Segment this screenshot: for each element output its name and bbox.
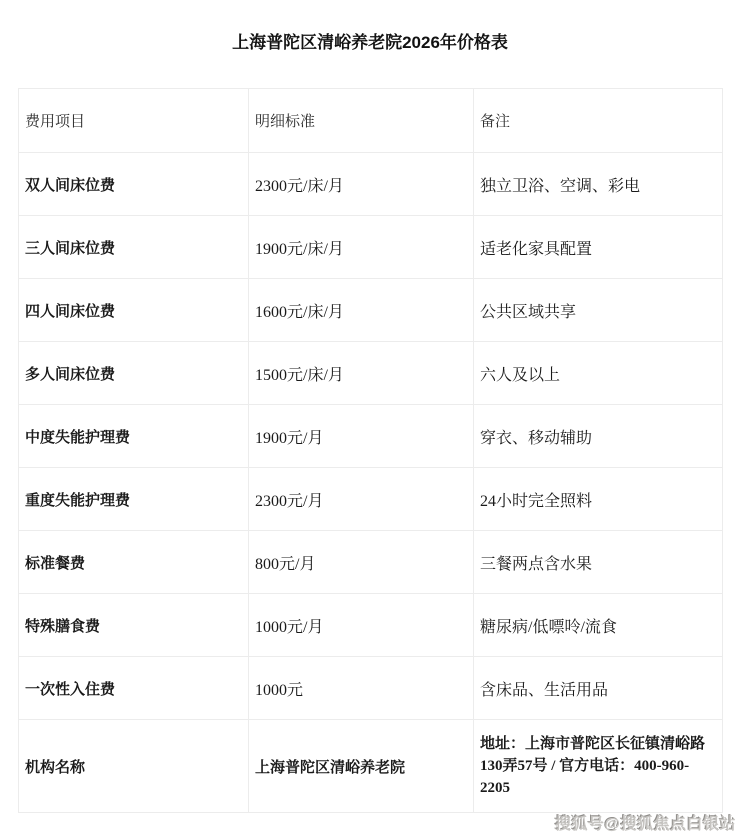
header-item: 费用项目 xyxy=(19,89,249,153)
cell-standard: 1600元/床/月 xyxy=(249,279,474,342)
table-row: 双人间床位费 2300元/床/月 独立卫浴、空调、彩电 xyxy=(19,153,723,216)
cell-standard: 800元/月 xyxy=(249,531,474,594)
cell-standard: 1900元/月 xyxy=(249,405,474,468)
table-row: 中度失能护理费 1900元/月 穿衣、移动辅助 xyxy=(19,405,723,468)
cell-standard: 上海普陀区清峪养老院 xyxy=(249,720,474,813)
page: { "page": { "title": "上海普陀区清峪养老院2026年价格表… xyxy=(0,0,740,838)
table-row: 重度失能护理费 2300元/月 24小时完全照料 xyxy=(19,468,723,531)
cell-note: 含床品、生活用品 xyxy=(474,657,723,720)
table-row: 标准餐费 800元/月 三餐两点含水果 xyxy=(19,531,723,594)
cell-note: 24小时完全照料 xyxy=(474,468,723,531)
cell-standard: 1000元 xyxy=(249,657,474,720)
cell-standard: 2300元/月 xyxy=(249,468,474,531)
table-row-institution: 机构名称 上海普陀区清峪养老院 地址：上海市普陀区长征镇清峪路130弄57号 /… xyxy=(19,720,723,813)
cell-note: 独立卫浴、空调、彩电 xyxy=(474,153,723,216)
table-row: 特殊膳食费 1000元/月 糖尿病/低嘌呤/流食 xyxy=(19,594,723,657)
cell-item: 一次性入住费 xyxy=(19,657,249,720)
cell-item: 双人间床位费 xyxy=(19,153,249,216)
price-table: 费用项目 明细标准 备注 双人间床位费 2300元/床/月 独立卫浴、空调、彩电… xyxy=(18,88,723,813)
table-header-row: 费用项目 明细标准 备注 xyxy=(19,89,723,153)
cell-standard: 1500元/床/月 xyxy=(249,342,474,405)
cell-note: 适老化家具配置 xyxy=(474,216,723,279)
cell-item: 中度失能护理费 xyxy=(19,405,249,468)
table-row: 多人间床位费 1500元/床/月 六人及以上 xyxy=(19,342,723,405)
cell-standard: 1000元/月 xyxy=(249,594,474,657)
cell-note: 穿衣、移动辅助 xyxy=(474,405,723,468)
cell-note: 糖尿病/低嘌呤/流食 xyxy=(474,594,723,657)
page-title: 上海普陀区清峪养老院2026年价格表 xyxy=(0,0,740,53)
cell-note: 三餐两点含水果 xyxy=(474,531,723,594)
cell-item: 重度失能护理费 xyxy=(19,468,249,531)
header-note: 备注 xyxy=(474,89,723,153)
cell-note: 公共区域共享 xyxy=(474,279,723,342)
cell-standard: 1900元/床/月 xyxy=(249,216,474,279)
cell-item: 三人间床位费 xyxy=(19,216,249,279)
cell-note: 地址：上海市普陀区长征镇清峪路130弄57号 / 官方电话：400-960-22… xyxy=(474,720,723,813)
table-row: 三人间床位费 1900元/床/月 适老化家具配置 xyxy=(19,216,723,279)
cell-note: 六人及以上 xyxy=(474,342,723,405)
cell-standard: 2300元/床/月 xyxy=(249,153,474,216)
cell-item: 四人间床位费 xyxy=(19,279,249,342)
cell-item: 特殊膳食费 xyxy=(19,594,249,657)
header-standard: 明细标准 xyxy=(249,89,474,153)
watermark: 搜狐号@搜狐焦点白银站 xyxy=(555,811,736,834)
cell-item: 机构名称 xyxy=(19,720,249,813)
cell-item: 标准餐费 xyxy=(19,531,249,594)
table-row: 四人间床位费 1600元/床/月 公共区域共享 xyxy=(19,279,723,342)
cell-item: 多人间床位费 xyxy=(19,342,249,405)
table-row: 一次性入住费 1000元 含床品、生活用品 xyxy=(19,657,723,720)
